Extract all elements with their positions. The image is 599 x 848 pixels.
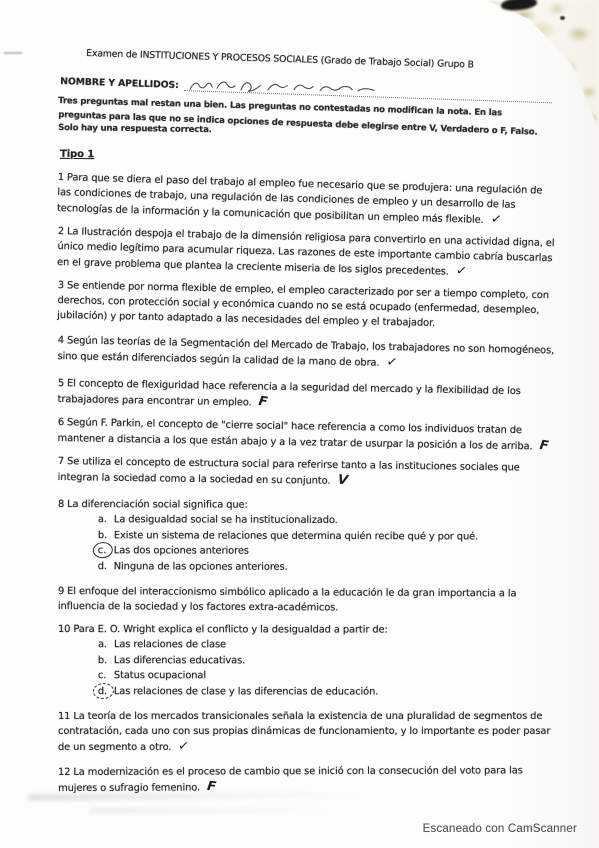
question-number: 3 [58, 279, 64, 290]
circled-option-letter: d. [98, 683, 114, 699]
question-8: 8La diferenciación social significa que:… [58, 497, 558, 576]
handwritten-v-mark: V [336, 472, 348, 488]
option-text: Existe un sistema de relaciones que dete… [114, 529, 478, 541]
option-text: La desigualdad social se ha instituciona… [114, 514, 338, 526]
question-text: Según las teorías de la Segmentación del… [57, 335, 554, 369]
question-number: 6 [58, 416, 64, 427]
handwritten-check-mark: ✓ [178, 738, 191, 754]
option-letter: a. [98, 512, 114, 528]
question-text: Para E. O. Wright explica el conflicto y… [73, 624, 387, 636]
question-text: Según F. Parkin, el concepto de "cierre … [57, 417, 532, 452]
question-2: 2La Ilustración despoja el trabajo de la… [57, 224, 558, 282]
handwritten-f-mark: F [206, 778, 216, 794]
option-text: Ninguna de las opciones anteriores. [114, 560, 288, 572]
question-11: 11La teoría de los mercados transicional… [58, 709, 558, 755]
question-text: El concepto de flexiguridad hace referen… [57, 378, 520, 408]
option-letter: b. [98, 652, 114, 668]
question-number: 9 [58, 586, 64, 597]
question-5: 5El concepto de flexiguridad hace refere… [57, 376, 557, 416]
question-4: 4Según las teorías de la Segmentación de… [57, 333, 558, 374]
option-text: Status ocupacional [114, 670, 206, 681]
question-number: 4 [58, 334, 64, 345]
section-label: Tipo 1 [60, 146, 94, 161]
handwritten-f-mark: F [539, 437, 550, 453]
name-label: NOMBRE Y APELLIDOS: [60, 74, 179, 93]
option-row-d-circled-answer: d.Las relaciones de clase y las diferenc… [58, 683, 558, 699]
question-10: 10Para E. O. Wright explica el conflicto… [58, 622, 558, 700]
option-text: Las relaciones de clase [114, 639, 226, 650]
option-letter: a. [98, 637, 114, 653]
option-row-a: a.La desigualdad social se ha institucio… [58, 511, 558, 528]
question-3: 3Se entiende por norma flexible de emple… [57, 278, 558, 333]
question-number: 8 [58, 499, 64, 510]
question-text: La Ilustración despoja el trabajo de la … [57, 226, 555, 277]
option-text: Las relaciones de clase y las diferencia… [114, 685, 378, 696]
option-row-b: b.Las diferencias educativas. [58, 652, 558, 668]
option-text: Las diferencias educativas. [114, 654, 245, 665]
question-6: 6Según F. Parkin, el concepto de "cierre… [57, 415, 557, 455]
option-text: Las dos opciones anteriores [114, 545, 249, 556]
question-number: 2 [58, 225, 64, 236]
question-7: 7Se utiliza el concepto de estructura so… [58, 454, 558, 492]
question-text: Se entiende por norma flexible de empleo… [57, 280, 549, 329]
question-text: El enfoque del interaccionismo simbólico… [58, 586, 517, 613]
option-row-c: c.Status ocupacional [58, 667, 558, 683]
question-number: 10 [58, 624, 70, 635]
option-row-d: d.Ninguna de las opciones anteriores. [58, 558, 558, 575]
question-text: La teoría de los mercados transicionales… [58, 711, 550, 753]
question-text: La diferenciación social significa que: [67, 499, 248, 511]
question-number: 7 [58, 455, 64, 466]
option-row-a: a.Las relaciones de clase [58, 637, 558, 653]
question-number: 5 [58, 377, 64, 388]
question-number: 1 [58, 171, 64, 182]
handwritten-check-mark: ✓ [455, 263, 468, 279]
question-text: Para que se diera el paso del trabajo al… [57, 172, 543, 226]
question-9: 9El enfoque del interaccionismo simbólic… [58, 584, 558, 617]
camscanner-watermark: Escaneado con CamScanner [423, 823, 577, 835]
option-letter: d. [98, 558, 114, 574]
question-text: Se utiliza el concepto de estructura soc… [58, 456, 520, 487]
question-number: 12 [58, 766, 70, 777]
name-dotted-line [184, 72, 553, 103]
handwritten-check-mark: ✓ [385, 354, 398, 370]
option-row-c-circled-answer: c.Las dos opciones anteriores [58, 542, 558, 559]
scan-speck [560, 16, 565, 20]
handwritten-name [185, 76, 385, 101]
question-12: 12La modernización es el proceso de camb… [58, 763, 558, 796]
question-1: 1Para que se diera el paso del trabajo a… [57, 170, 558, 230]
option-row-b: b.Existe un sistema de relaciones que de… [58, 527, 558, 544]
handwritten-check-mark: ✓ [490, 211, 503, 227]
option-letter: b. [98, 527, 114, 543]
handwritten-f-mark: F [258, 394, 269, 410]
circled-option-letter: c. [98, 543, 114, 559]
question-number: 11 [58, 711, 70, 722]
exam-page: Examen de INSTITUCIONES Y PROCESOS SOCIA… [58, 46, 558, 804]
scan-artifact-edge [4, 52, 22, 54]
option-letter: c. [98, 668, 114, 684]
scan-artifact-bottom-2 [90, 808, 340, 813]
question-text: La modernización es el proceso de cambio… [58, 765, 523, 794]
